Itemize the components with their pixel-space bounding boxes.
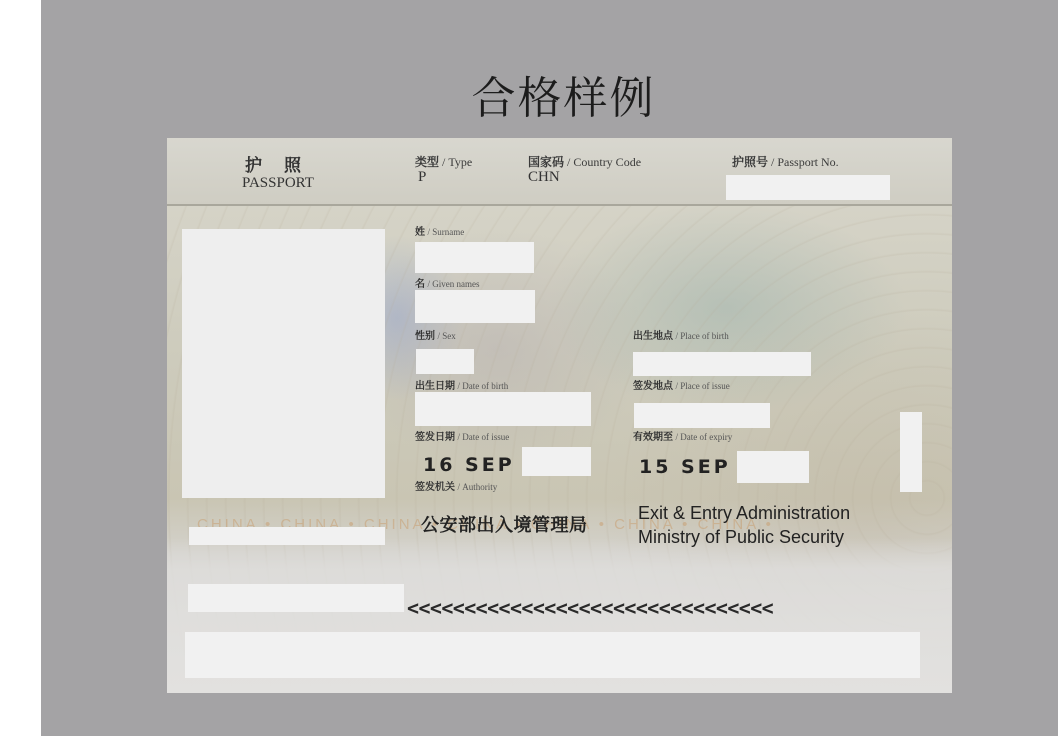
date-of-birth-label: 出生日期 / Date of birth xyxy=(415,377,508,392)
surname-label: 姓 / Surname xyxy=(415,223,464,238)
sex-label: 性别 / Sex xyxy=(415,327,456,342)
page-title: 合格样例 xyxy=(41,62,1058,126)
signature-redaction xyxy=(900,412,922,492)
date-of-expiry-year-redaction xyxy=(737,451,809,483)
date-of-issue-year-redaction xyxy=(522,447,591,476)
country-code-label: 国家码 / Country Code xyxy=(528,153,641,170)
date-of-expiry-value: 15 SEP xyxy=(639,456,731,478)
place-of-birth-redaction xyxy=(633,352,811,376)
mrz-line2-redaction xyxy=(185,632,920,678)
type-value: P xyxy=(418,169,426,186)
place-of-birth-label: 出生地点 / Place of birth xyxy=(633,327,729,342)
mrz-line1-redaction xyxy=(188,584,404,612)
authority-value-zh: 公安部出入境管理局 xyxy=(421,511,588,537)
country-code-value: CHN xyxy=(528,169,560,186)
authority-label: 签发机关 / Authority xyxy=(415,478,497,493)
passport-sample-image: 护照 PASSPORT 类型 / Type P 国家码 / Country Co… xyxy=(167,138,952,693)
place-of-issue-redaction xyxy=(634,403,770,428)
sex-redaction xyxy=(416,349,474,374)
passport-no-redaction xyxy=(726,175,890,200)
date-of-issue-value: 16 SEP xyxy=(423,454,515,476)
authority-value-en: Exit & Entry Administration Ministry of … xyxy=(638,501,850,549)
given-names-label: 名 / Given names xyxy=(415,275,480,290)
date-of-expiry-label: 有效期至 / Date of expiry xyxy=(633,428,732,443)
date-of-birth-redaction xyxy=(415,392,591,426)
mrz-line1-filler: <<<<<<<<<<<<<<<<<<<<<<<<<<<<<<<< xyxy=(407,596,773,620)
given-names-redaction xyxy=(415,290,535,323)
surname-redaction xyxy=(415,242,534,273)
name-band-redaction xyxy=(189,527,385,545)
photo-redaction xyxy=(182,229,385,498)
passport-title-en: PASSPORT xyxy=(242,175,314,192)
type-label: 类型 / Type xyxy=(415,153,472,170)
passport-title-zh: 护照 xyxy=(245,151,323,176)
place-of-issue-label: 签发地点 / Place of issue xyxy=(633,377,730,392)
date-of-issue-label: 签发日期 / Date of issue xyxy=(415,428,509,443)
passport-no-label: 护照号 / Passport No. xyxy=(732,153,839,170)
